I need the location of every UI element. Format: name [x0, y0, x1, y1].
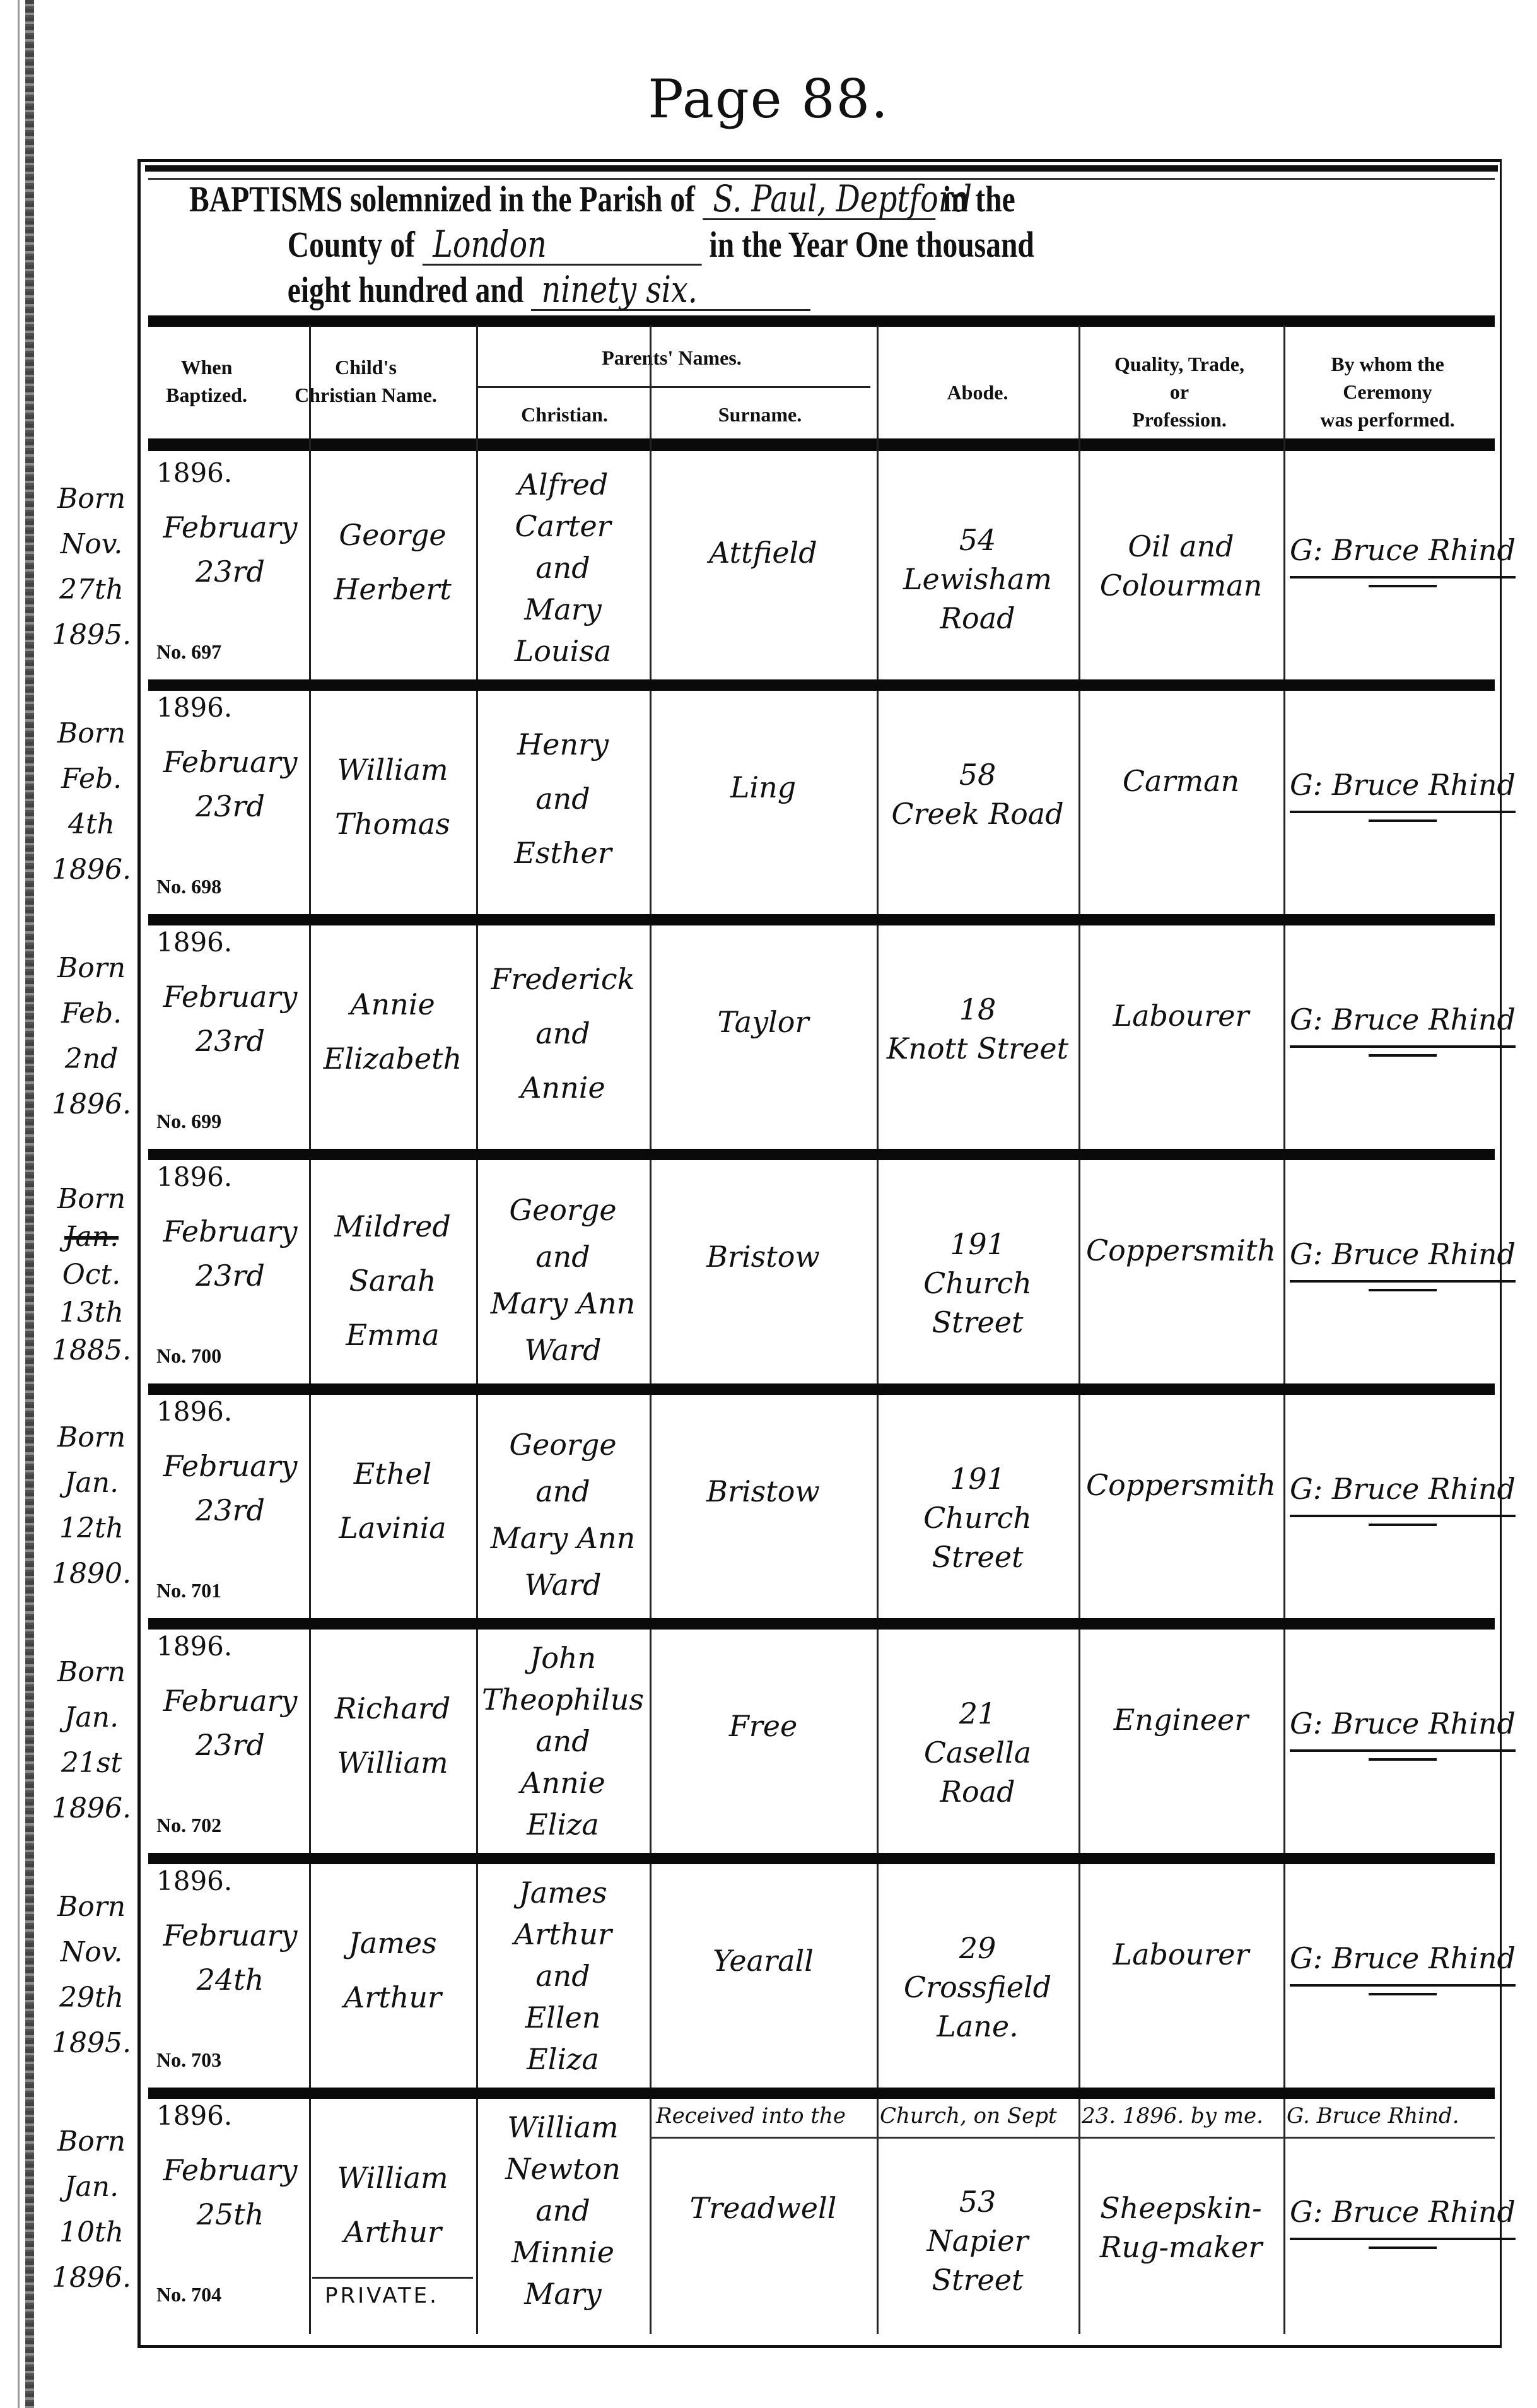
officiant-signature: G: Bruce Rhind	[1290, 768, 1516, 802]
entry-year: 1896.	[156, 692, 232, 723]
birth-note-line: Born	[44, 1650, 139, 1695]
birth-note-line: 1885.	[44, 1332, 139, 1370]
parent-name-line: William	[476, 2106, 650, 2148]
column-divider	[1283, 325, 1285, 2334]
officiant-signature: G: Bruce Rhind	[1290, 1472, 1516, 1506]
parent-name-line: Ward	[476, 1327, 650, 1373]
parents-christian-names: FrederickandAnnie	[476, 952, 650, 1115]
birth-date-note: BornJan.10th1896.	[44, 2119, 139, 2301]
parents-christian-names: GeorgeandMary AnnWard	[476, 1421, 650, 1608]
col-quality: Quality, Trade,orProfession.	[1078, 350, 1280, 433]
entry-year: 1896.	[156, 1865, 232, 1896]
officiant-signature: G: Bruce Rhind	[1290, 1706, 1516, 1741]
baptism-day: 23rd	[151, 1256, 309, 1295]
quality-line: Oil and	[1078, 527, 1283, 566]
entry-separator-rule	[148, 1383, 1495, 1395]
parent-name-line: Minnie	[476, 2231, 650, 2273]
birth-note-line: Born	[44, 946, 139, 991]
parent-name-line: and	[476, 1468, 650, 1515]
officiant-signature: G: Bruce Rhind	[1290, 1941, 1516, 1975]
year-field: ninety six.	[531, 270, 810, 311]
abode-line: Road	[877, 599, 1078, 638]
birth-note-line: 27th	[44, 567, 139, 613]
birth-note-line: 12th	[44, 1506, 139, 1551]
col-by-whom: By whom theCeremonywas performed.	[1283, 350, 1492, 433]
abode: 18Knott Street	[877, 990, 1078, 1068]
baptism-day: 23rd	[151, 787, 309, 826]
parent-name-line: Henry	[476, 717, 650, 772]
quality-line: Sheepskin-	[1078, 2188, 1283, 2228]
abode-line: Casella	[877, 1733, 1078, 1772]
signature-underline	[1369, 1993, 1436, 1995]
parent-name-line: Ellen	[476, 1997, 650, 2038]
abode-line: 21	[877, 1694, 1078, 1733]
child-name-line: William	[309, 2151, 476, 2205]
child-christian-name: WilliamThomas	[309, 743, 476, 851]
signature-underline	[1369, 585, 1436, 587]
entry-number: No. 699	[156, 1110, 221, 1133]
entry-number: No. 698	[156, 875, 221, 898]
abode: 58Creek Road	[877, 755, 1078, 833]
entry-separator-rule	[148, 1853, 1495, 1864]
quality-line: Labourer	[1078, 996, 1283, 1035]
entry-year: 1896.	[156, 2100, 232, 2131]
abode-line: Road	[877, 1772, 1078, 1811]
quality-trade-profession: Oil andColourman	[1078, 527, 1283, 605]
child-christian-name: MildredSarahEmma	[309, 1199, 476, 1362]
quality-trade-profession: Labourer	[1078, 1935, 1283, 1974]
top-rule	[145, 165, 1498, 172]
parents-surname: Ling	[650, 768, 877, 807]
officiant-signature: G: Bruce Rhind	[1290, 1002, 1516, 1037]
birth-note-line: 1890.	[44, 1551, 139, 1597]
birth-note-line: Born	[44, 711, 139, 756]
heading-suffix-1: in the	[943, 179, 1015, 220]
abode: 21CasellaRoad	[877, 1694, 1078, 1811]
child-name-line: Annie	[309, 977, 476, 1031]
signature-underline	[1369, 1054, 1436, 1057]
received-note-rule	[650, 2137, 1495, 2139]
parent-name-line: and	[476, 1233, 650, 1280]
birth-note-line: 10th	[44, 2210, 139, 2255]
abode-line: Lane.	[877, 2007, 1078, 2046]
col-when: WhenBaptized.	[151, 353, 262, 409]
parent-name-line: Mary Ann	[476, 1515, 650, 1561]
baptism-month: February	[151, 1916, 309, 1955]
quality-trade-profession: Coppersmith	[1078, 1231, 1283, 1270]
birth-note-line: Born	[44, 476, 139, 522]
quality-line: Rug-maker	[1078, 2228, 1283, 2267]
parent-name-line: Ward	[476, 1561, 650, 1608]
quality-line: Labourer	[1078, 1935, 1283, 1974]
parents-surname: Free	[650, 1706, 877, 1746]
birth-note-line: Born	[44, 1415, 139, 1460]
baptism-day: 23rd	[151, 552, 309, 591]
entry-number: No. 703	[156, 2048, 221, 2072]
child-name-line: Mildred	[309, 1199, 476, 1254]
parent-name-line: Annie	[476, 1762, 650, 1804]
birth-note-line: Jan.	[44, 2164, 139, 2210]
parents-surname: Treadwell	[650, 2188, 877, 2228]
birth-note-line: Jan.	[44, 1218, 139, 1256]
register-heading: BAPTISMS solemnized in the Parish of S. …	[189, 177, 1482, 313]
child-name-line: William	[309, 1736, 476, 1790]
parent-name-line: and	[476, 1720, 650, 1762]
entry-year: 1896.	[156, 1161, 232, 1192]
child-christian-name: GeorgeHerbert	[309, 508, 476, 616]
parents-divider	[476, 386, 870, 388]
signature-underline	[1369, 2246, 1436, 2249]
parents-christian-names: GeorgeandMary AnnWard	[476, 1187, 650, 1373]
quality-line: Carman	[1078, 761, 1283, 801]
quality-trade-profession: Engineer	[1078, 1700, 1283, 1739]
baptism-month: February	[151, 743, 309, 782]
private-rule	[312, 2277, 473, 2279]
birth-note-line: Feb.	[44, 991, 139, 1037]
signature-underline	[1369, 1758, 1436, 1761]
birth-note-line: Oct.	[44, 1256, 139, 1294]
quality-line: Engineer	[1078, 1700, 1283, 1739]
birth-note-line: Jan.	[44, 1695, 139, 1741]
birth-note-line: 21st	[44, 1741, 139, 1786]
child-christian-name: EthelLavinia	[309, 1447, 476, 1555]
abode: 29CrossfieldLane.	[877, 1929, 1078, 2046]
baptism-day: 23rd	[151, 1021, 309, 1060]
child-name-line: Arthur	[309, 1970, 476, 2024]
col-surname: Surname.	[650, 401, 870, 428]
abode-line: 191	[877, 1459, 1078, 1498]
header-bottom-rule	[148, 438, 1495, 451]
received-into-church-note: Church, on Sept	[880, 2103, 1057, 2129]
child-christian-name: RichardWilliam	[309, 1681, 476, 1790]
abode-line: Street	[877, 1537, 1078, 1577]
parent-name-line: Annie	[476, 1060, 650, 1115]
baptism-day: 24th	[151, 1960, 309, 1999]
child-name-line: Arthur	[309, 2205, 476, 2259]
binding-stitching	[25, 0, 34, 2408]
page-number: Page 88.	[0, 68, 1537, 130]
birth-note-line: 1896.	[44, 847, 139, 893]
birth-note-line: 1896.	[44, 1786, 139, 1831]
birth-date-note: BornJan.Oct.13th1885.	[44, 1180, 139, 1370]
quality-line: Coppersmith	[1078, 1231, 1283, 1270]
child-name-line: William	[309, 743, 476, 797]
birth-note-line: Born	[44, 1180, 139, 1218]
baptism-day: 23rd	[151, 1725, 309, 1765]
birth-date-note: BornNov.27th1895.	[44, 476, 139, 658]
column-divider	[1078, 325, 1080, 2334]
birth-note-line: 13th	[44, 1294, 139, 1332]
entry-year: 1896.	[156, 1631, 232, 1662]
child-name-line: Lavinia	[309, 1501, 476, 1555]
parent-name-line: James	[476, 1872, 650, 1913]
birth-date-note: BornNov.29th1895.	[44, 1884, 139, 2066]
parent-name-line: Louisa	[476, 630, 650, 672]
parent-name-line: Mary	[476, 589, 650, 630]
entry-separator-rule	[148, 679, 1495, 691]
header-top-rule	[148, 315, 1495, 327]
entry-year: 1896.	[156, 1396, 232, 1427]
heading-suffix-2: in the Year One thousand	[710, 224, 1034, 265]
parent-name-line: and	[476, 547, 650, 589]
heading-prefix: BAPTISMS solemnized in the Parish of	[189, 179, 695, 220]
abode-line: Street	[877, 2260, 1078, 2299]
abode: 54LewishamRoad	[877, 520, 1078, 638]
parents-christian-names: AlfredCarterandMaryLouisa	[476, 464, 650, 672]
parents-surname: Bristow	[650, 1472, 877, 1511]
col-parents: Parents' Names.	[473, 344, 870, 372]
parent-name-line: and	[476, 1955, 650, 1997]
parent-name-line: and	[476, 772, 650, 826]
parent-name-line: Alfred	[476, 464, 650, 505]
officiant-signature: G: Bruce Rhind	[1290, 533, 1516, 567]
parent-name-line: Carter	[476, 505, 650, 547]
quality-trade-profession: Labourer	[1078, 996, 1283, 1035]
parent-name-line: Newton	[476, 2148, 650, 2190]
abode-line: Creek Road	[877, 794, 1078, 833]
birth-note-line: Born	[44, 1884, 139, 1930]
birth-note-line: Feb.	[44, 756, 139, 802]
quality-trade-profession: Sheepskin-Rug-maker	[1078, 2188, 1283, 2267]
child-christian-name: JamesArthur	[309, 1916, 476, 2024]
parents-surname: Attfield	[650, 533, 877, 572]
baptism-month: February	[151, 2151, 309, 2190]
abode: 191ChurchStreet	[877, 1459, 1078, 1577]
entry-number: No. 704	[156, 2283, 221, 2306]
abode-line: Lewisham	[877, 560, 1078, 599]
signature-underline	[1369, 819, 1436, 822]
parent-name-line: and	[476, 1006, 650, 1060]
child-name-line: Thomas	[309, 797, 476, 851]
parent-name-line: Arthur	[476, 1913, 650, 1955]
birth-date-note: BornJan.21st1896.	[44, 1650, 139, 1831]
quality-line: Colourman	[1078, 566, 1283, 605]
entry-separator-rule	[148, 2088, 1495, 2099]
received-into-church-note: 23. 1896. by me.	[1082, 2103, 1263, 2129]
abode-line: Street	[877, 1303, 1078, 1342]
abode-line: 53	[877, 2182, 1078, 2221]
birth-note-line: 2nd	[44, 1037, 139, 1082]
baptism-day: 23rd	[151, 1491, 309, 1530]
abode: 53NapierStreet	[877, 2182, 1078, 2299]
private-baptism-label: PRIVATE.	[325, 2283, 439, 2308]
parent-name-line: Mary Ann	[476, 1280, 650, 1327]
col-child: Child'sChristian Name.	[265, 353, 467, 409]
abode-line: 191	[877, 1225, 1078, 1264]
entry-number: No. 700	[156, 1344, 221, 1368]
abode-line: Crossfield	[877, 1968, 1078, 2007]
parents-surname: Yearall	[650, 1941, 877, 1980]
birth-note-line: 1895.	[44, 613, 139, 658]
birth-note-line: 1896.	[44, 1082, 139, 1127]
parents-surname: Bristow	[650, 1237, 877, 1276]
abode-line: 29	[877, 1929, 1078, 1968]
parent-name-line: Frederick	[476, 952, 650, 1006]
child-name-line: Emma	[309, 1308, 476, 1362]
baptism-day: 25th	[151, 2195, 309, 2234]
baptism-month: February	[151, 1681, 309, 1720]
entry-separator-rule	[148, 914, 1495, 925]
abode-line: Napier	[877, 2221, 1078, 2260]
parent-name-line: John	[476, 1637, 650, 1679]
parent-name-line: George	[476, 1187, 650, 1233]
parents-surname: Taylor	[650, 1002, 877, 1042]
birth-date-note: BornJan.12th1890.	[44, 1415, 139, 1597]
birth-note-line: Nov.	[44, 522, 139, 567]
birth-note-line: 1896.	[44, 2255, 139, 2301]
child-name-line: Elizabeth	[309, 1031, 476, 1086]
child-name-line: Ethel	[309, 1447, 476, 1501]
col-christian: Christian.	[479, 401, 650, 428]
abode: 191ChurchStreet	[877, 1225, 1078, 1342]
entry-separator-rule	[148, 1618, 1495, 1630]
child-name-line: Herbert	[309, 562, 476, 616]
quality-trade-profession: Coppersmith	[1078, 1465, 1283, 1505]
officiant-signature: G: Bruce Rhind	[1290, 2195, 1516, 2229]
quality-line: Coppersmith	[1078, 1465, 1283, 1505]
birth-note-line: Born	[44, 2119, 139, 2164]
birth-note-line: Nov.	[44, 1930, 139, 1975]
birth-note-line: 4th	[44, 802, 139, 847]
baptism-month: February	[151, 508, 309, 547]
parent-name-line: and	[476, 2190, 650, 2231]
abode-line: 58	[877, 755, 1078, 794]
parent-name-line: Mary	[476, 2273, 650, 2315]
child-name-line: Richard	[309, 1681, 476, 1736]
entry-number: No. 697	[156, 640, 221, 664]
received-into-church-note: Received into the	[656, 2103, 846, 2129]
year-label: eight hundred and	[288, 269, 523, 310]
child-christian-name: AnnieElizabeth	[309, 977, 476, 1086]
parents-christian-names: JamesArthurandEllenEliza	[476, 1872, 650, 2080]
birth-date-note: BornFeb.2nd1896.	[44, 946, 139, 1127]
parents-christian-names: HenryandEsther	[476, 717, 650, 880]
parent-name-line: Eliza	[476, 1804, 650, 1845]
parent-name-line: George	[476, 1421, 650, 1468]
abode-line: 54	[877, 520, 1078, 560]
parent-name-line: Esther	[476, 826, 650, 880]
signature-underline	[1369, 1289, 1436, 1291]
parents-christian-names: JohnTheophilusandAnnieEliza	[476, 1637, 650, 1845]
child-name-line: Sarah	[309, 1254, 476, 1308]
birth-date-note: BornFeb.4th1896.	[44, 711, 139, 893]
entry-year: 1896.	[156, 457, 232, 488]
baptism-month: February	[151, 977, 309, 1016]
child-name-line: George	[309, 508, 476, 562]
abode-line: Knott Street	[877, 1029, 1078, 1068]
county-label: County of	[288, 224, 415, 265]
abode-line: 18	[877, 990, 1078, 1029]
county-field: London	[423, 225, 702, 266]
signature-underline	[1369, 1524, 1436, 1526]
entry-number: No. 701	[156, 1579, 221, 1602]
column-divider	[650, 325, 652, 2334]
officiant-signature: G: Bruce Rhind	[1290, 1237, 1516, 1271]
birth-note-line: 29th	[44, 1975, 139, 2021]
birth-note-line: Jan.	[44, 1460, 139, 1506]
parent-name-line: Theophilus	[476, 1679, 650, 1720]
entry-separator-rule	[148, 1149, 1495, 1160]
entry-year: 1896.	[156, 927, 232, 958]
parent-name-line: Eliza	[476, 2038, 650, 2080]
abode-line: Church	[877, 1498, 1078, 1537]
baptism-month: February	[151, 1447, 309, 1486]
quality-trade-profession: Carman	[1078, 761, 1283, 801]
parents-christian-names: WilliamNewtonandMinnieMary	[476, 2106, 650, 2315]
birth-note-line: 1895.	[44, 2021, 139, 2066]
parish-field: S. Paul, Deptford	[703, 179, 935, 220]
child-christian-name: WilliamArthur	[309, 2151, 476, 2259]
child-name-line: James	[309, 1916, 476, 1970]
binding-edge	[18, 0, 20, 2408]
received-into-church-note: G. Bruce Rhind.	[1287, 2103, 1459, 2129]
abode-line: Church	[877, 1264, 1078, 1303]
baptism-month: February	[151, 1212, 309, 1251]
entry-number: No. 702	[156, 1814, 221, 1837]
col-abode: Abode.	[877, 379, 1078, 406]
